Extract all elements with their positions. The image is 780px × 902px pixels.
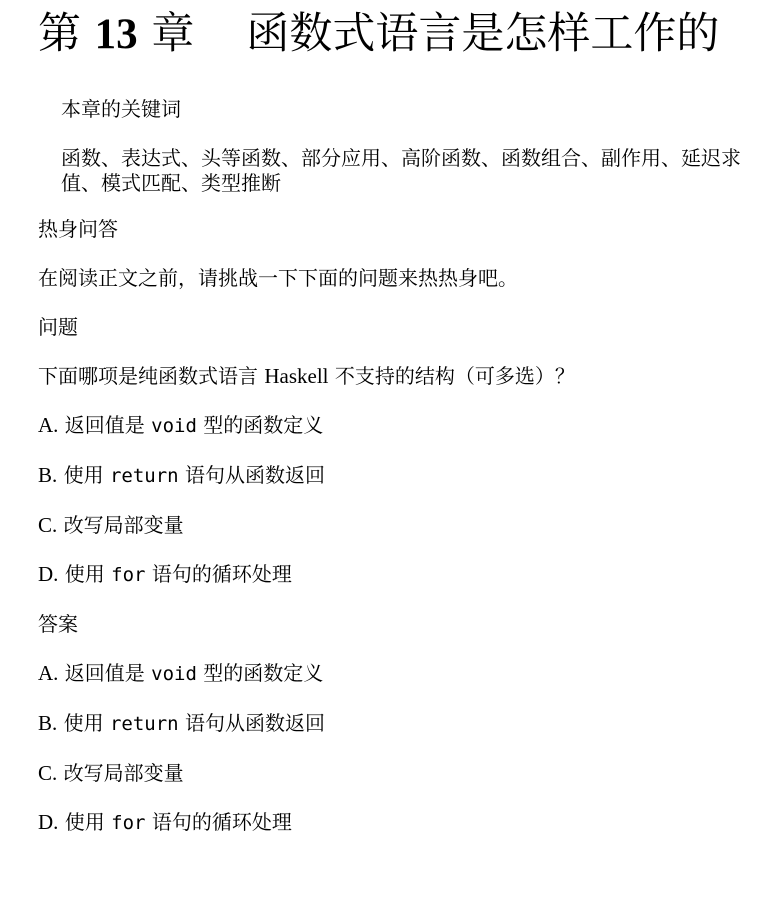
option-text-after: 语句的循环处理 (145, 810, 291, 834)
option-text: 改写局部变量 (64, 761, 184, 785)
option-letter: D. (38, 810, 58, 834)
keywords-heading: 本章的关键词 (61, 95, 742, 123)
option-code: void (151, 663, 197, 685)
option-text: 返回值是 (65, 661, 151, 685)
option-code: return (110, 465, 179, 487)
chapter-suffix: 章 (151, 9, 194, 59)
question-text: 下面哪项是纯函数式语言 Haskell 不支持的结构（可多选）？ (38, 362, 742, 390)
question-text-before: 下面哪项是纯函数式语言 (38, 364, 264, 388)
option-code: for (111, 812, 145, 834)
option-code: return (110, 713, 179, 735)
answer-option-c: C. 改写局部变量 (38, 759, 742, 787)
option-text: 使用 (64, 463, 110, 487)
option-letter: C. (38, 761, 57, 785)
chapter-title: 第 13 章函数式语言是怎样工作的 (38, 0, 738, 61)
option-code: for (111, 564, 145, 586)
option-code: void (151, 415, 197, 437)
option-letter: A. (38, 413, 58, 437)
chapter-prefix: 第 (38, 9, 81, 59)
option-text: 使用 (64, 711, 110, 735)
question-option-d: D. 使用 for 语句的循环处理 (38, 560, 742, 589)
warmup-intro: 在阅读正文之前，请挑战一下下面的问题来热热身吧。 (38, 264, 742, 292)
option-text: 返回值是 (65, 413, 151, 437)
option-text-after: 型的函数定义 (197, 661, 323, 685)
question-option-c: C. 改写局部变量 (38, 511, 742, 539)
option-text-after: 语句的循环处理 (145, 562, 291, 586)
question-option-b: B. 使用 return 语句从函数返回 (38, 461, 742, 490)
keywords-list: 函数、表达式、头等函数、部分应用、高阶函数、函数组合、副作用、延迟求值、模式匹配… (61, 146, 741, 196)
option-letter: B. (38, 463, 57, 487)
option-letter: A. (38, 661, 58, 685)
chapter-number: 13 (95, 11, 138, 58)
chapter-title-text: 函数式语言是怎样工作的 (246, 9, 719, 59)
option-text: 改写局部变量 (64, 513, 184, 537)
option-text: 使用 (65, 562, 111, 586)
question-label: 问题 (38, 313, 742, 341)
keywords-block: 本章的关键词 函数、表达式、头等函数、部分应用、高阶函数、函数组合、副作用、延迟… (61, 95, 742, 196)
answer-label: 答案 (38, 610, 742, 638)
option-text-after: 型的函数定义 (197, 413, 323, 437)
warmup-heading: 热身问答 (38, 215, 742, 243)
document-page: 第 13 章函数式语言是怎样工作的 本章的关键词 函数、表达式、头等函数、部分应… (0, 0, 780, 837)
option-letter: D. (38, 562, 58, 586)
answer-option-a: A. 返回值是 void 型的函数定义 (38, 659, 742, 688)
answer-option-d: D. 使用 for 语句的循环处理 (38, 808, 742, 837)
option-letter: B. (38, 711, 57, 735)
question-option-a: A. 返回值是 void 型的函数定义 (38, 411, 742, 440)
answer-option-b: B. 使用 return 语句从函数返回 (38, 709, 742, 738)
option-text-after: 语句从函数返回 (179, 463, 325, 487)
option-letter: C. (38, 513, 57, 537)
option-text-after: 语句从函数返回 (179, 711, 325, 735)
question-text-haskell: Haskell (264, 364, 328, 388)
option-text: 使用 (65, 810, 111, 834)
question-text-after: 不支持的结构（可多选）？ (329, 364, 575, 388)
